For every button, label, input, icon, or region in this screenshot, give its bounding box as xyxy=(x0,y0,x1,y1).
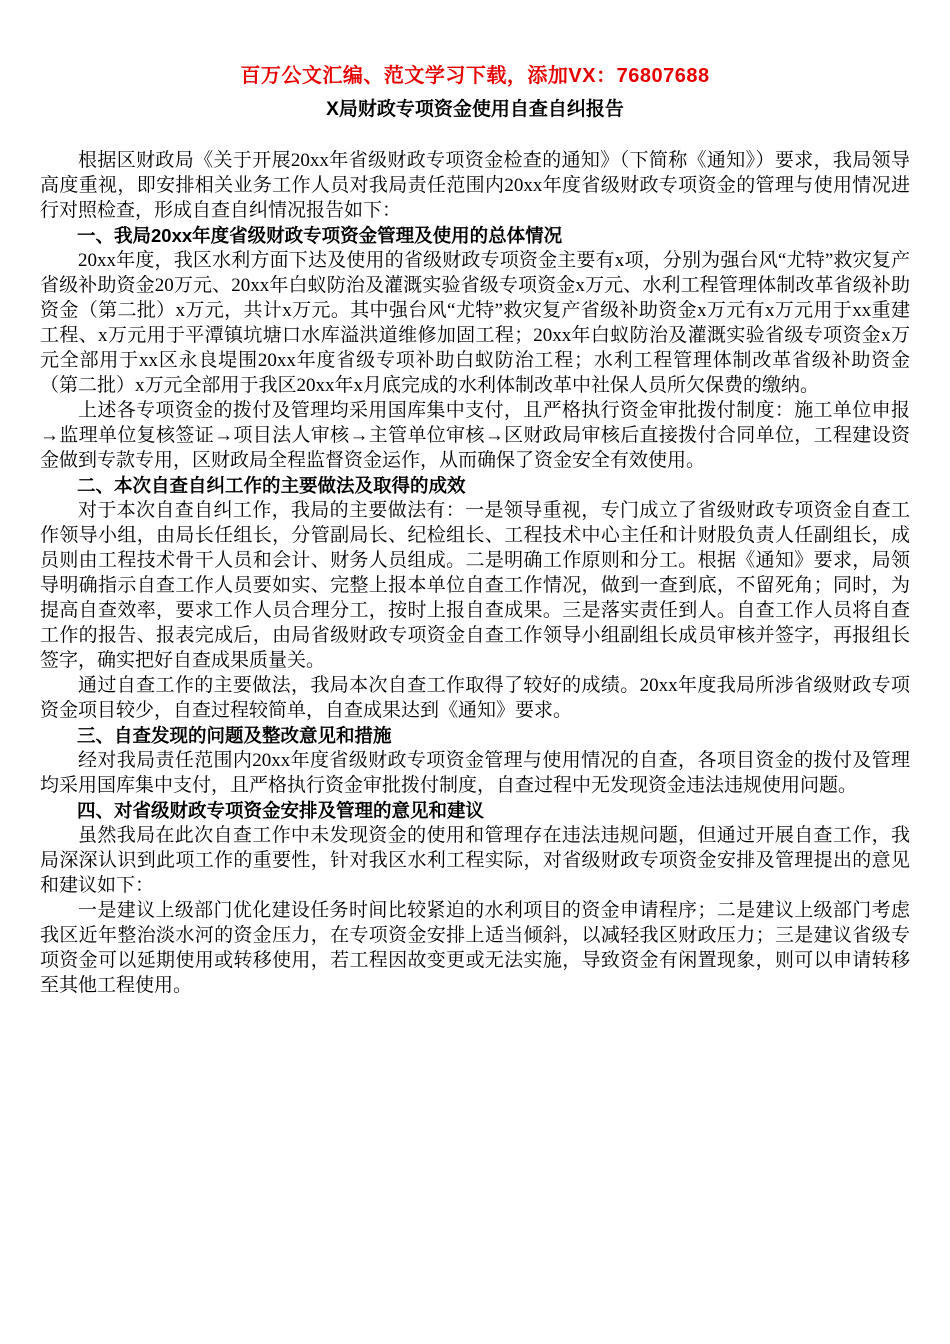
paragraph-self-check-methods: 对于本次自查自纠工作，我局的主要做法有：一是领导重视，专门成立了省级财政专项资金… xyxy=(40,498,910,673)
paragraph-overview-funds: 20xx年度，我区水利方面下达及使用的省级财政专项资金主要有x项，分别为强台风“… xyxy=(40,248,910,398)
paragraph-self-check-results: 通过自查工作的主要做法，我局本次自查工作取得了较好的成绩。20xx年度我局所涉省… xyxy=(40,673,910,723)
document-page: 百万公文汇编、范文学习下载，添加VX：76807688 X局财政专项资金使用自查… xyxy=(0,0,950,1344)
paragraph-problems-found: 经对我局责任范围内20xx年度省级财政专项资金管理与使用情况的自查，各项目资金的… xyxy=(40,748,910,798)
section-heading-1: 一、我局20xx年度省级财政专项资金管理及使用的总体情况 xyxy=(40,223,910,248)
paragraph-suggestions-list: 一是建议上级部门优化建设任务时间比较紧迫的水利项目的资金申请程序；二是建议上级部… xyxy=(40,898,910,998)
document-title: X局财政专项资金使用自查自纠报告 xyxy=(40,98,910,122)
paragraph-intro: 根据区财政局《关于开展20xx年省级财政专项资金检查的通知》（下简称《通知》）要… xyxy=(40,148,910,223)
promo-banner: 百万公文汇编、范文学习下载，添加VX：76807688 xyxy=(40,64,910,89)
paragraph-suggestions-intro: 虽然我局在此次自查工作中未发现资金的使用和管理存在违法违规问题，但通过开展自查工… xyxy=(40,823,910,898)
paragraph-payment-process: 上述各专项资金的拨付及管理均采用国库集中支付，且严格执行资金审批拨付制度：施工单… xyxy=(40,398,910,473)
section-heading-4: 四、对省级财政专项资金安排及管理的意见和建议 xyxy=(40,798,910,823)
document-body: 根据区财政局《关于开展20xx年省级财政专项资金检查的通知》（下简称《通知》）要… xyxy=(40,148,910,998)
section-heading-3: 三、自查发现的问题及整改意见和措施 xyxy=(40,723,910,748)
section-heading-2: 二、本次自查自纠工作的主要做法及取得的成效 xyxy=(40,473,910,498)
